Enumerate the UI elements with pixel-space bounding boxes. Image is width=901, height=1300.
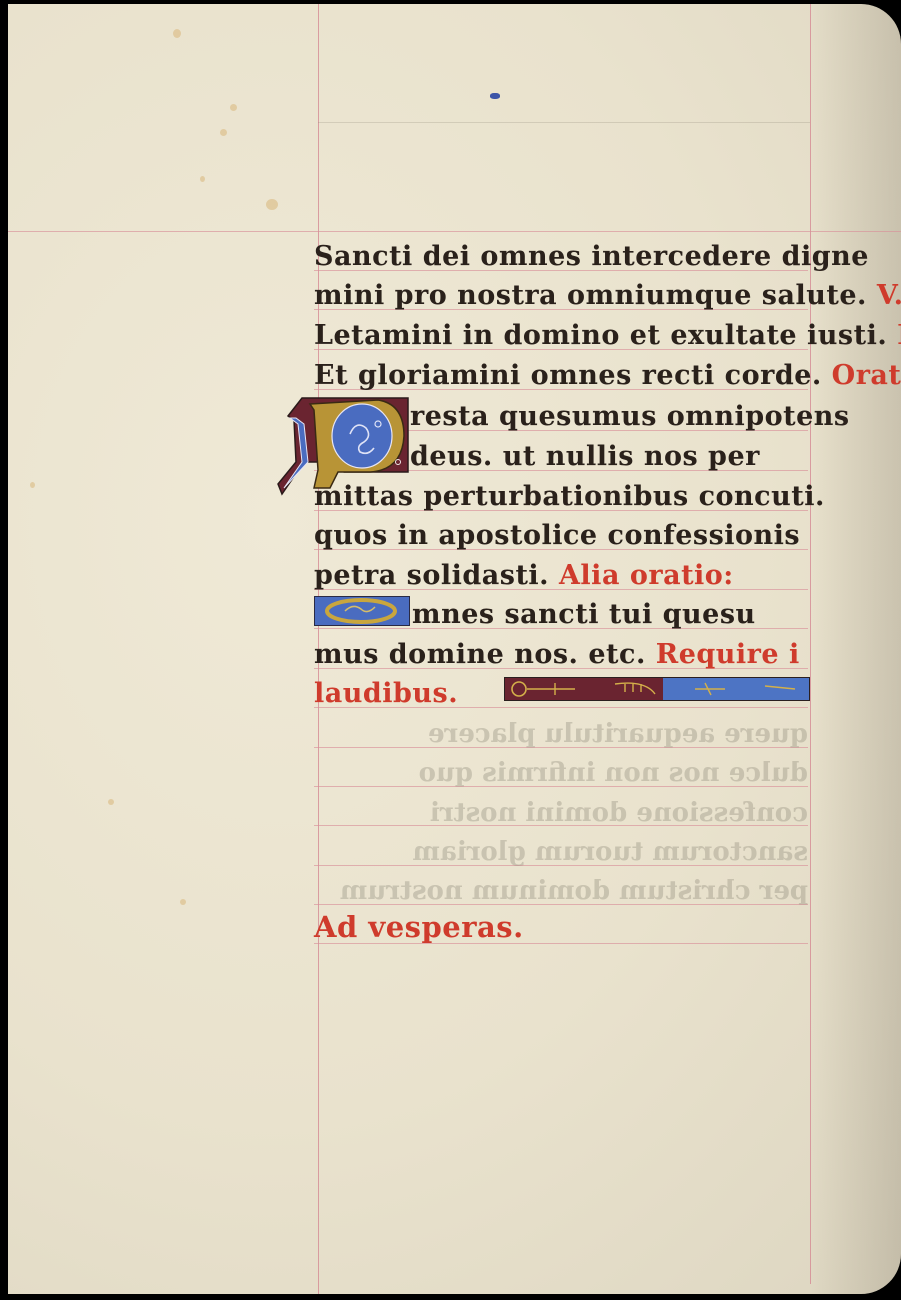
- foxing-spot: [200, 176, 205, 182]
- foxing-spot: [220, 129, 227, 136]
- text-ink: Letamini in domino et exultate iusti.: [314, 320, 887, 351]
- rubric-heading: Ad vesperas.: [314, 910, 524, 944]
- text-line-7: mittas perturbationibus concuti.: [314, 478, 825, 516]
- heading-ad-vesperas: Ad vesperas.: [314, 908, 524, 946]
- text-ink: mini pro nostra omniumque salute.: [314, 280, 867, 311]
- show-through-line: quere aequaritulu placere: [314, 715, 808, 753]
- rubric-response: R.: [887, 320, 901, 351]
- foxing-spot: [266, 199, 278, 210]
- text-ink: Et gloriamini omnes recti corde.: [314, 360, 822, 391]
- foxing-spot: [173, 29, 181, 38]
- text-ink: mittas perturbationibus concuti.: [314, 481, 825, 512]
- show-through-line: confessione domini nostri: [314, 794, 808, 832]
- ruling-right-outer: [810, 4, 811, 1284]
- text-line-6: deus. ut nullis nos per: [410, 438, 760, 476]
- text-line-10: mnes sancti tui quesu: [412, 596, 756, 634]
- show-through-line: dulce nos non infirmis quo: [314, 754, 808, 792]
- decorative-line-filler: [504, 677, 810, 701]
- text-line-5: resta quesumus omnipotens: [410, 398, 850, 436]
- foxing-spot: [30, 482, 35, 488]
- text-line-2: mini pro nostra omniumque salute. V.: [314, 277, 901, 315]
- page-curl-shadow: [811, 4, 901, 1294]
- rubric-laudibus: laudibus.: [314, 678, 458, 709]
- text-ink: mus domine nos. etc.: [314, 639, 646, 670]
- foxing-spot: [180, 899, 186, 905]
- rubric-alia-oratio: Alia oratio:: [549, 560, 734, 591]
- text-line-8: quos in apostolice confessionis: [314, 517, 800, 555]
- text-ink: Sancti dei omnes intercedere digne: [314, 241, 869, 272]
- text-line-3: Letamini in domino et exultate iusti. R.: [314, 317, 901, 355]
- rubric-versicle: V.: [867, 280, 901, 311]
- text-line-9: petra solidasti. Alia oratio:: [314, 557, 734, 595]
- show-through-line: sanctorum tuorum gloriam: [314, 833, 808, 871]
- text-ink: deus. ut nullis nos per: [410, 441, 760, 472]
- ruling-top: [8, 231, 901, 232]
- text-line-4: Et gloriamini omnes recti corde. Oratio.: [314, 357, 901, 395]
- rubric-require: Require i: [646, 639, 800, 670]
- rubric-oratio: Oratio.: [822, 360, 901, 391]
- text-ink: resta quesumus omnipotens: [410, 401, 850, 432]
- text-line-11: mus domine nos. etc. Require i: [314, 636, 800, 674]
- foxing-spot: [230, 104, 237, 111]
- illuminated-initial-o: [314, 596, 410, 626]
- text-line-1: Sancti dei omnes intercedere digne: [314, 238, 869, 276]
- text-ink: mnes sancti tui quesu: [412, 599, 756, 630]
- show-through-line: per christum dominum nostrum: [314, 872, 808, 910]
- foxing-spot: [108, 799, 114, 805]
- text-line-12: laudibus.: [314, 675, 458, 713]
- text-ink: quos in apostolice confessionis: [314, 520, 800, 551]
- ruling-top-guide: [318, 122, 810, 123]
- text-ink: petra solidasti.: [314, 560, 549, 591]
- blue-pigment-speck: [490, 93, 500, 99]
